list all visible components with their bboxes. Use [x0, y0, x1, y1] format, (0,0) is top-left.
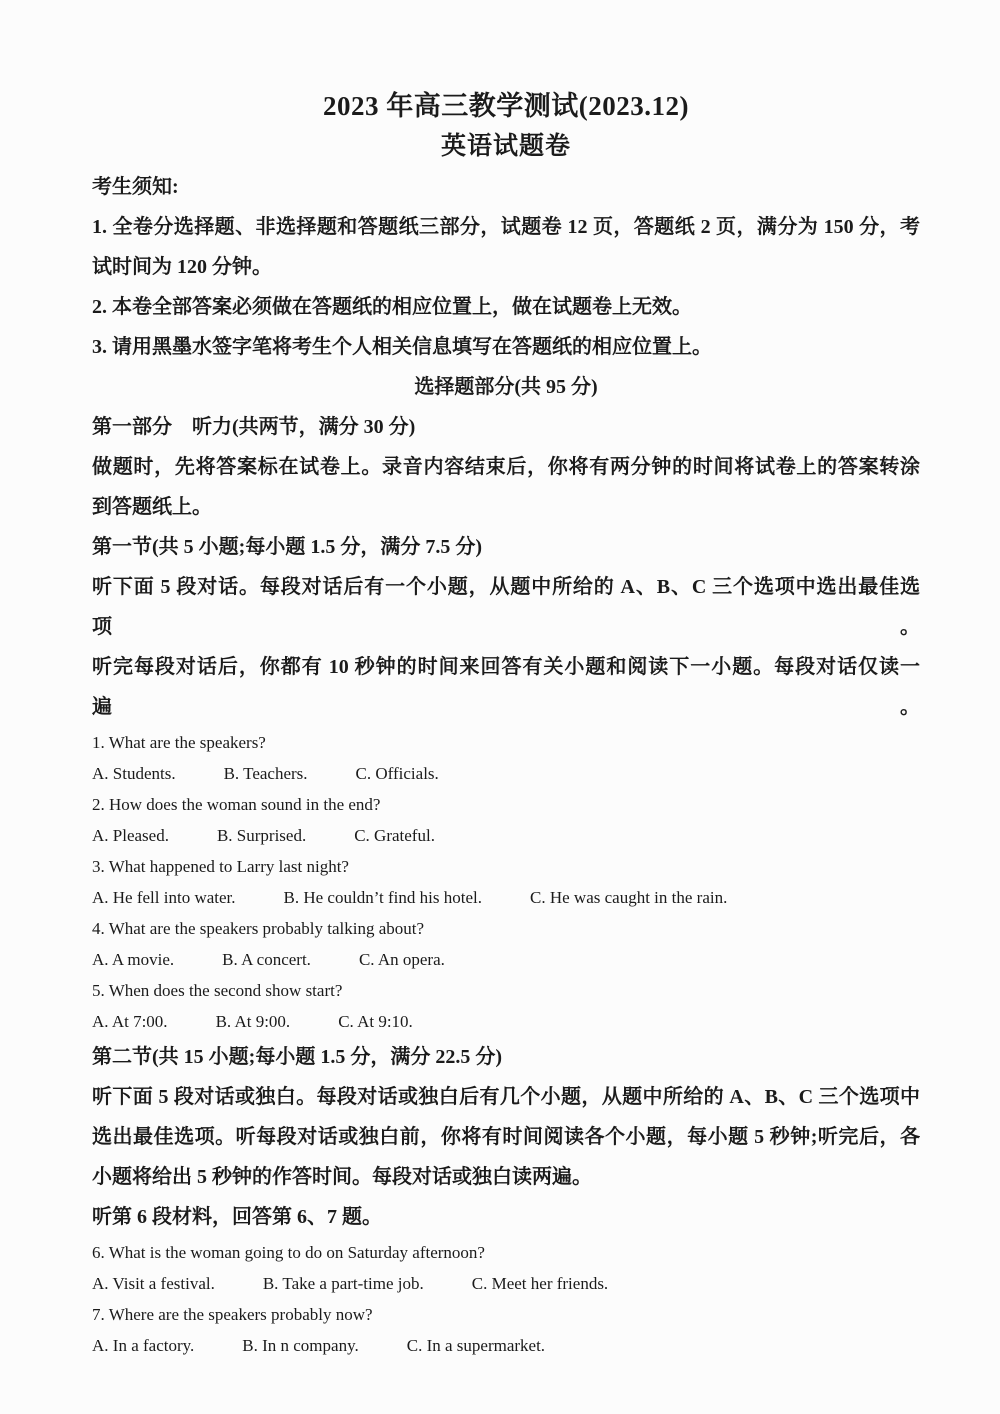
- question-5-option-a: A. At 7:00.: [92, 1006, 168, 1037]
- section2-instruction-line-2: 选出最佳选项。听每段对话或独白前，你将有时间阅读各个小题，每小题 5 秒钟;听完…: [92, 1117, 920, 1157]
- question-4-options: A. A movie. B. A concert. C. An opera.: [92, 944, 920, 975]
- question-3-option-c: C. He was caught in the rain.: [530, 882, 727, 913]
- question-7-option-a: A. In a factory.: [92, 1330, 194, 1361]
- question-4-text: 4. What are the speakers probably talkin…: [92, 913, 920, 944]
- question-6-text: 6. What is the woman going to do on Satu…: [92, 1237, 920, 1268]
- question-6-options: A. Visit a festival. B. Take a part-time…: [92, 1268, 920, 1299]
- question-7-option-b: B. In n company.: [242, 1330, 358, 1361]
- exam-subtitle: 英语试题卷: [92, 127, 920, 167]
- question-7-options: A. In a factory. B. In n company. C. In …: [92, 1330, 920, 1361]
- section2-heading: 第二节(共 15 小题;每小题 1.5 分，满分 22.5 分): [92, 1037, 920, 1077]
- question-7-text: 7. Where are the speakers probably now?: [92, 1299, 920, 1330]
- notice-heading: 考生须知:: [92, 167, 920, 207]
- section1-instruction-line-1: 听下面 5 段对话。每段对话后有一个小题，从题中所给的 A、B、C 三个选项中选…: [92, 567, 920, 647]
- question-2-text: 2. How does the woman sound in the end?: [92, 789, 920, 820]
- question-2-options: A. Pleased. B. Surprised. C. Grateful.: [92, 820, 920, 851]
- section1-instruction-line-2: 听完每段对话后，你都有 10 秒钟的时间来回答有关小题和阅读下一小题。每段对话仅…: [92, 647, 920, 727]
- question-5-option-c: C. At 9:10.: [338, 1006, 413, 1037]
- question-2-option-c: C. Grateful.: [354, 820, 435, 851]
- section2-instruction-line-3: 小题将给出 5 秒钟的作答时间。每段对话或独白读两遍。: [92, 1157, 920, 1197]
- question-3-options: A. He fell into water. B. He couldn’t fi…: [92, 882, 920, 913]
- notice-item-1-line-1: 1. 全卷分选择题、非选择题和答题纸三部分，试题卷 12 页，答题纸 2 页，满…: [92, 207, 920, 247]
- part1-instruction-line-2: 到答题纸上。: [92, 487, 920, 527]
- material-6-heading: 听第 6 段材料，回答第 6、7 题。: [92, 1197, 920, 1237]
- question-1-option-b: B. Teachers.: [224, 758, 308, 789]
- question-3-option-b: B. He couldn’t find his hotel.: [284, 882, 482, 913]
- part1-instruction-line-1: 做题时，先将答案标在试卷上。录音内容结束后，你将有两分钟的时间将试卷上的答案转涂: [92, 447, 920, 487]
- question-6-option-a: A. Visit a festival.: [92, 1268, 215, 1299]
- question-4-option-b: B. A concert.: [222, 944, 311, 975]
- section1-heading: 第一节(共 5 小题;每小题 1.5 分，满分 7.5 分): [92, 527, 920, 567]
- notice-item-2: 2. 本卷全部答案必须做在答题纸的相应位置上，做在试题卷上无效。: [92, 287, 920, 327]
- notice-item-3: 3. 请用黑墨水签字笔将考生个人相关信息填写在答题纸的相应位置上。: [92, 327, 920, 367]
- question-1-text: 1. What are the speakers?: [92, 727, 920, 758]
- question-1-option-a: A. Students.: [92, 758, 176, 789]
- exam-paper-page: 2023 年高三教学测试(2023.12) 英语试题卷 考生须知: 1. 全卷分…: [0, 0, 1000, 1414]
- question-2-option-b: B. Surprised.: [217, 820, 306, 851]
- question-1-option-c: C. Officials.: [356, 758, 439, 789]
- question-2-option-a: A. Pleased.: [92, 820, 169, 851]
- part1-heading: 第一部分 听力(共两节，满分 30 分): [92, 407, 920, 447]
- question-3-option-a: A. He fell into water.: [92, 882, 236, 913]
- question-5-text: 5. When does the second show start?: [92, 975, 920, 1006]
- question-4-option-c: C. An opera.: [359, 944, 445, 975]
- question-3-text: 3. What happened to Larry last night?: [92, 851, 920, 882]
- exam-title: 2023 年高三教学测试(2023.12): [92, 85, 920, 127]
- question-5-options: A. At 7:00. B. At 9:00. C. At 9:10.: [92, 1006, 920, 1037]
- notice-item-1-line-2: 试时间为 120 分钟。: [92, 247, 920, 287]
- question-6-option-c: C. Meet her friends.: [472, 1268, 608, 1299]
- section2-instruction-line-1: 听下面 5 段对话或独白。每段对话或独白后有几个小题，从题中所给的 A、B、C …: [92, 1077, 920, 1117]
- question-7-option-c: C. In a supermarket.: [407, 1330, 545, 1361]
- question-5-option-b: B. At 9:00.: [216, 1006, 291, 1037]
- question-6-option-b: B. Take a part-time job.: [263, 1268, 424, 1299]
- question-4-option-a: A. A movie.: [92, 944, 174, 975]
- question-1-options: A. Students. B. Teachers. C. Officials.: [92, 758, 920, 789]
- choice-section-heading: 选择题部分(共 95 分): [92, 367, 920, 407]
